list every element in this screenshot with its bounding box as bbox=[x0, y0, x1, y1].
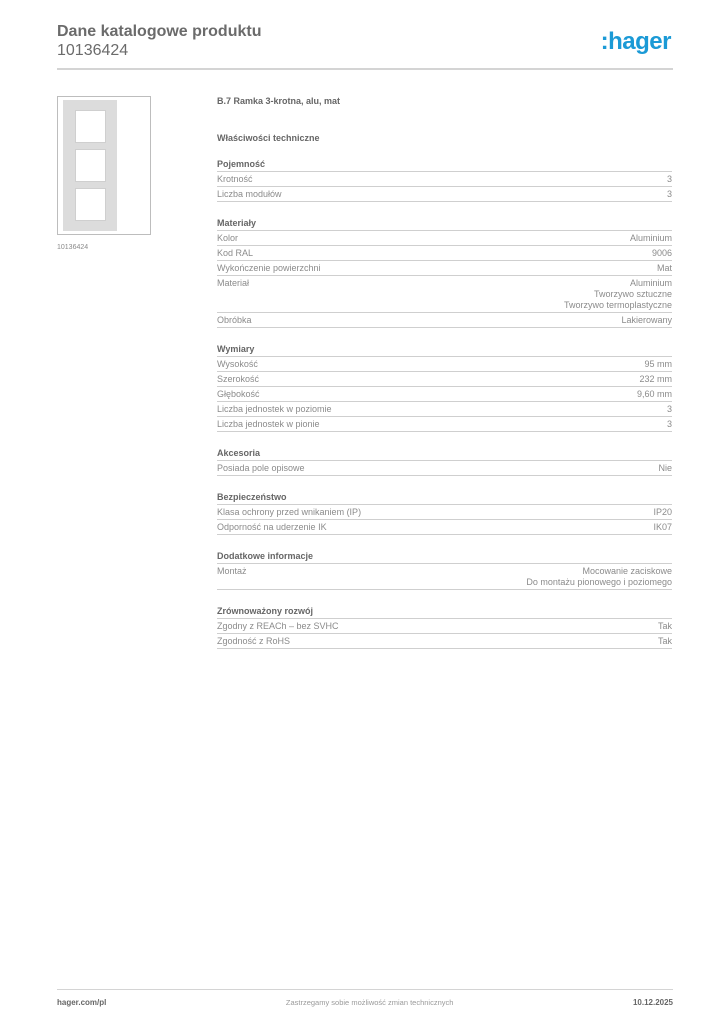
spec-label: Wykończenie powierzchni bbox=[217, 263, 320, 274]
spec-label: Zgodność z RoHS bbox=[217, 636, 290, 647]
spec-row: KolorAluminium bbox=[217, 231, 672, 246]
spec-value: Aluminium bbox=[630, 233, 672, 244]
section-title: Właściwości techniczne bbox=[217, 133, 672, 143]
group-title: Bezpieczeństwo bbox=[217, 492, 672, 505]
spec-value-line: Tak bbox=[658, 621, 672, 632]
frame-opening bbox=[75, 110, 106, 143]
spec-value: 3 bbox=[667, 419, 672, 430]
spec-label: Liczba jednostek w pionie bbox=[217, 419, 320, 430]
spec-row: Posiada pole opisoweNie bbox=[217, 461, 672, 476]
spec-value-line: Mat bbox=[657, 263, 672, 274]
spec-value: 9006 bbox=[652, 248, 672, 259]
spec-row: Odporność na uderzenie IKIK07 bbox=[217, 520, 672, 535]
spec-value-line: Tworzywo sztuczne bbox=[564, 289, 672, 300]
frame-illustration bbox=[63, 100, 117, 231]
spec-label: Wysokość bbox=[217, 359, 258, 370]
spec-value-line: 3 bbox=[667, 419, 672, 430]
spec-row: Szerokość232 mm bbox=[217, 372, 672, 387]
group-title: Akcesoria bbox=[217, 448, 672, 461]
group-title: Zrównoważony rozwój bbox=[217, 606, 672, 619]
spec-groups: PojemnośćKrotność3Liczba modułów3Materia… bbox=[217, 159, 672, 649]
spec-value: Tak bbox=[658, 621, 672, 632]
spec-label: Obróbka bbox=[217, 315, 252, 326]
footer-divider bbox=[57, 989, 673, 990]
group-title: Dodatkowe informacje bbox=[217, 551, 672, 564]
hager-logo: :hager bbox=[601, 28, 671, 56]
spec-row: Liczba jednostek w pionie3 bbox=[217, 417, 672, 432]
spec-value: 3 bbox=[667, 189, 672, 200]
spec-value: Lakierowany bbox=[621, 315, 672, 326]
product-name: B.7 Ramka 3-krotna, alu, mat bbox=[217, 96, 672, 106]
spec-value: AluminiumTworzywo sztuczneTworzywo termo… bbox=[564, 278, 672, 311]
image-caption: 10136424 bbox=[57, 244, 88, 251]
spec-value-line: 9,60 mm bbox=[637, 389, 672, 400]
spec-label: Szerokość bbox=[217, 374, 259, 385]
spec-row: ObróbkaLakierowany bbox=[217, 313, 672, 328]
spec-value: 95 mm bbox=[644, 359, 672, 370]
frame-opening bbox=[75, 149, 106, 182]
spec-value: Tak bbox=[658, 636, 672, 647]
spec-value-line: 95 mm bbox=[644, 359, 672, 370]
spec-row: Zgodny z REACh – bez SVHCTak bbox=[217, 619, 672, 634]
spec-value: 3 bbox=[667, 174, 672, 185]
spec-value-line: Aluminium bbox=[630, 233, 672, 244]
spec-row: Krotność3 bbox=[217, 172, 672, 187]
spec-label: Posiada pole opisowe bbox=[217, 463, 305, 474]
page-footer: hager.com/pl Zastrzegamy sobie możliwość… bbox=[57, 998, 673, 1007]
spec-label: Kolor bbox=[217, 233, 238, 244]
document-date: 10.12.2025 bbox=[633, 998, 673, 1007]
spec-value: IK07 bbox=[653, 522, 672, 533]
spec-label: Krotność bbox=[217, 174, 253, 185]
spec-value: Nie bbox=[658, 463, 672, 474]
spec-label: Klasa ochrony przed wnikaniem (IP) bbox=[217, 507, 361, 518]
spec-value-line: Lakierowany bbox=[621, 315, 672, 326]
group-title: Pojemność bbox=[217, 159, 672, 172]
spec-row: Kod RAL9006 bbox=[217, 246, 672, 261]
spec-label: Odporność na uderzenie IK bbox=[217, 522, 327, 533]
spec-row: Wykończenie powierzchniMat bbox=[217, 261, 672, 276]
header-divider bbox=[57, 68, 673, 70]
disclaimer: Zastrzegamy sobie możliwość zmian techni… bbox=[286, 998, 454, 1007]
spec-label: Zgodny z REACh – bez SVHC bbox=[217, 621, 339, 632]
spec-value-line: Tak bbox=[658, 636, 672, 647]
product-image bbox=[57, 96, 151, 235]
spec-value-line: 9006 bbox=[652, 248, 672, 259]
spec-value-line: IK07 bbox=[653, 522, 672, 533]
spec-row: Głębokość9,60 mm bbox=[217, 387, 672, 402]
spec-value-line: Tworzywo termoplastyczne bbox=[564, 300, 672, 311]
product-number: 10136424 bbox=[57, 41, 673, 60]
spec-label: Liczba jednostek w poziomie bbox=[217, 404, 332, 415]
spec-row: Liczba jednostek w poziomie3 bbox=[217, 402, 672, 417]
spec-value: Mat bbox=[657, 263, 672, 274]
spec-label: Liczba modułów bbox=[217, 189, 282, 200]
website-link[interactable]: hager.com/pl bbox=[57, 998, 106, 1007]
spec-value-line: Mocowanie zaciskowe bbox=[526, 566, 672, 577]
spec-label: Materiał bbox=[217, 278, 249, 311]
spec-row: Wysokość95 mm bbox=[217, 357, 672, 372]
spec-value: 3 bbox=[667, 404, 672, 415]
spec-value-line: IP20 bbox=[653, 507, 672, 518]
spec-label: Montaż bbox=[217, 566, 247, 588]
frame-opening bbox=[75, 188, 106, 221]
spec-value-line: Nie bbox=[658, 463, 672, 474]
spec-value-line: 3 bbox=[667, 174, 672, 185]
spec-value: 232 mm bbox=[639, 374, 672, 385]
spec-value-line: 3 bbox=[667, 189, 672, 200]
spec-row: MontażMocowanie zaciskoweDo montażu pion… bbox=[217, 564, 672, 590]
spec-row: Zgodność z RoHSTak bbox=[217, 634, 672, 649]
spec-row: Klasa ochrony przed wnikaniem (IP)IP20 bbox=[217, 505, 672, 520]
group-title: Wymiary bbox=[217, 344, 672, 357]
page-header: Dane katalogowe produktu 10136424 :hager bbox=[57, 22, 673, 70]
spec-content: B.7 Ramka 3-krotna, alu, mat Właściwości… bbox=[217, 96, 672, 649]
spec-value-line: 232 mm bbox=[639, 374, 672, 385]
spec-row: MateriałAluminiumTworzywo sztuczneTworzy… bbox=[217, 276, 672, 313]
page-title: Dane katalogowe produktu bbox=[57, 22, 673, 41]
spec-row: Liczba modułów3 bbox=[217, 187, 672, 202]
spec-value-line: Do montażu pionowego i poziomego bbox=[526, 577, 672, 588]
spec-value: IP20 bbox=[653, 507, 672, 518]
spec-value: 9,60 mm bbox=[637, 389, 672, 400]
spec-label: Głębokość bbox=[217, 389, 260, 400]
spec-value-line: Aluminium bbox=[564, 278, 672, 289]
spec-value-line: 3 bbox=[667, 404, 672, 415]
spec-label: Kod RAL bbox=[217, 248, 253, 259]
spec-value: Mocowanie zaciskoweDo montażu pionowego … bbox=[526, 566, 672, 588]
group-title: Materiały bbox=[217, 218, 672, 231]
